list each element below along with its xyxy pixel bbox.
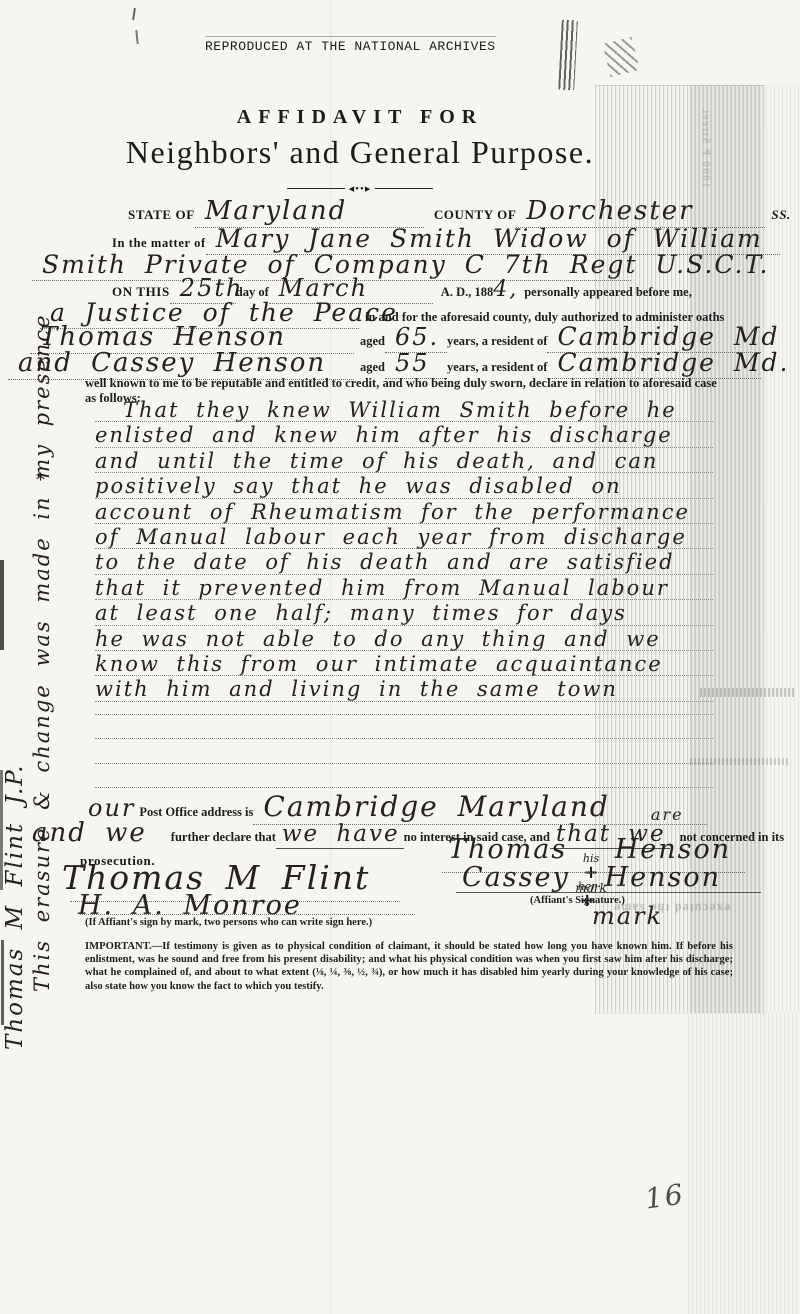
- testimony-line: that it prevented him from Manual labour: [95, 575, 713, 600]
- document-title-line2: Neighbors' and General Purpose.: [0, 134, 720, 171]
- declare-label-1: further declare that: [171, 830, 276, 845]
- blank-ruled-lines: [95, 690, 713, 788]
- national-archives-stamp: REPRODUCED AT THE NATIONAL ARCHIVES: [205, 36, 496, 54]
- margin-note-line1: This erasure & change was made in my pre…: [30, 314, 54, 993]
- aged-label-2: aged: [360, 360, 385, 375]
- ruled-line: [95, 764, 713, 789]
- affiant1-signature-first: Thomas: [448, 834, 567, 865]
- margin-note-signature: Thomas M Flint J.P.: [2, 764, 28, 1050]
- reputable-clause: well known to me to be reputable and ent…: [85, 376, 717, 391]
- important-footnote: IMPORTANT.—If testimony is given as to p…: [85, 940, 733, 993]
- resident-label-2: years, a resident of: [447, 360, 547, 375]
- affiant2-signature-rule: [456, 892, 761, 893]
- testimony-line: and until the time of his death, and can: [95, 448, 713, 473]
- ss-label: SS.: [771, 207, 791, 223]
- are-value: are: [651, 805, 684, 824]
- document-content-layer: REPRODUCED AT THE NATIONAL ARCHIVES AFFI…: [0, 0, 800, 1314]
- testimony-line: he was not able to do any thing and we: [95, 626, 713, 651]
- testimony-line: know this from our intimate acquaintance: [95, 651, 713, 676]
- affiant2-residence: Cambridge Md.: [547, 348, 761, 379]
- matter-label: In the matter of: [112, 236, 206, 251]
- testimony-line: account of Rheumatism for the performanc…: [95, 499, 713, 524]
- ruled-line: [95, 690, 713, 715]
- affidavit-scan-page: 1000 P Street executed the same REPRODUC…: [0, 0, 800, 1314]
- affiant2-signature-first: Cassey: [462, 862, 570, 893]
- ruled-line: [95, 715, 713, 740]
- affiant2-age: 55: [385, 349, 447, 379]
- page-number: 16: [643, 1177, 687, 1215]
- we-have-value: we have: [276, 821, 404, 849]
- testimony-line: of Manual labour each year from discharg…: [95, 524, 713, 549]
- affiant1-signature-last: Henson: [615, 834, 731, 865]
- testimony-block: That they knew William Smith before he e…: [95, 397, 713, 702]
- title-divider-ornament: ◂••▸: [0, 182, 720, 195]
- testimony-line: to the date of his death and are satisfi…: [95, 549, 713, 574]
- county-label: COUNTY OF: [434, 207, 517, 223]
- testimony-line: That they knew William Smith before he: [95, 397, 713, 422]
- witness-caption: (If Affiant's sign by mark, two persons …: [85, 917, 372, 928]
- document-title-line1: AFFIDAVIT FOR: [0, 106, 720, 129]
- affiant2-signature-last: Henson: [605, 862, 721, 893]
- testimony-line: positively say that he was disabled on: [95, 473, 713, 498]
- resident-label-1: years, a resident of: [447, 334, 547, 349]
- aged-label-1: aged: [360, 334, 385, 349]
- divider-arrow-glyph: ◂••▸: [349, 182, 372, 195]
- testimony-line: at least one half; many times for days: [95, 600, 713, 625]
- testimony-line: enlisted and knew him after his discharg…: [95, 422, 713, 447]
- state-label: STATE OF: [128, 207, 195, 223]
- witness-caption-rule: [80, 914, 415, 915]
- ruled-line: [95, 739, 713, 764]
- divider-line-right: [375, 188, 433, 189]
- mark-word-script: mark: [592, 902, 663, 930]
- divider-line-left: [287, 188, 345, 189]
